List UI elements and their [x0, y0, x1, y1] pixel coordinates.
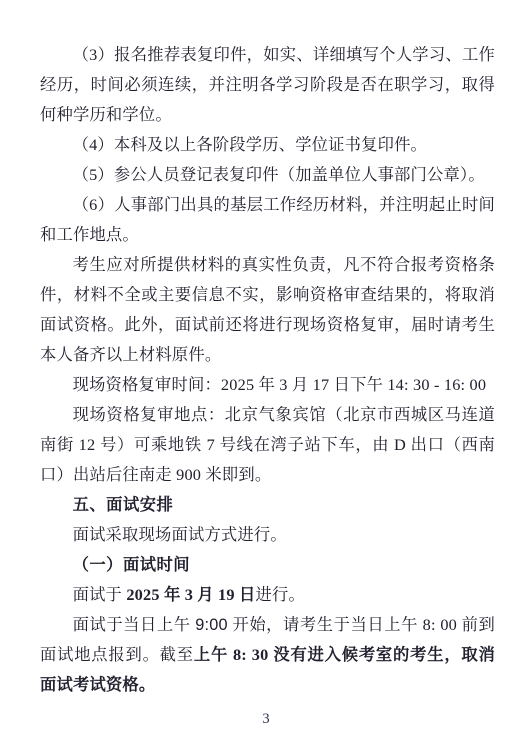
interview-start-prefix: 面试于当日上午 [73, 615, 196, 634]
subsection-heading-interview-time: （一）面试时间 [40, 550, 495, 580]
paragraph-review-location: 现场资格复审地点：北京气象宾馆（北京市西城区马连道南街 12 号）可乘地铁 7 … [40, 400, 495, 490]
paragraph-item-3: （3）报名推荐表复印件，如实、详细填写个人学习、工作经历，时间必须连续，并注明各… [40, 40, 495, 130]
section-heading-interview-arrangement: 五、面试安排 [40, 490, 495, 520]
paragraph-item-4: （4）本科及以上各阶段学历、学位证书复印件。 [40, 130, 495, 160]
document-body: （3）报名推荐表复印件，如实、详细填写个人学习、工作经历，时间必须连续，并注明各… [40, 40, 495, 700]
paragraph-interview-date: 面试于 2025 年 3 月 19 日进行。 [40, 580, 495, 610]
paragraph-review-time: 现场资格复审时间：2025 年 3 月 17 日下午 14: 30 - 16: … [40, 370, 495, 400]
interview-date-value: 2025 年 3 月 19 日 [126, 585, 255, 604]
page-number: 3 [0, 711, 532, 727]
paragraph-item-6: （6）人事部门出具的基层工作经历材料，并注明起止时间和工作地点。 [40, 190, 495, 250]
interview-date-prefix: 面试于 [73, 585, 127, 604]
paragraph-responsibility-notice: 考生应对所提供材料的真实性负责，凡不符合报考资格条件，材料不全或主要信息不实，影… [40, 250, 495, 370]
paragraph-interview-mode: 面试采取现场面试方式进行。 [40, 520, 495, 550]
document-page: （3）报名推荐表复印件，如实、详细填写个人学习、工作经历，时间必须连续，并注明各… [0, 0, 532, 747]
interview-date-suffix: 进行。 [256, 585, 305, 604]
paragraph-interview-start: 面试于当日上午 9:00 开始，请考生于当日上午 8: 00 前到面试地点报到。… [40, 610, 495, 700]
paragraph-item-5: （5）参公人员登记表复印件（加盖单位人事部门公章）。 [40, 160, 495, 190]
interview-start-time: 9:00 [195, 616, 228, 634]
